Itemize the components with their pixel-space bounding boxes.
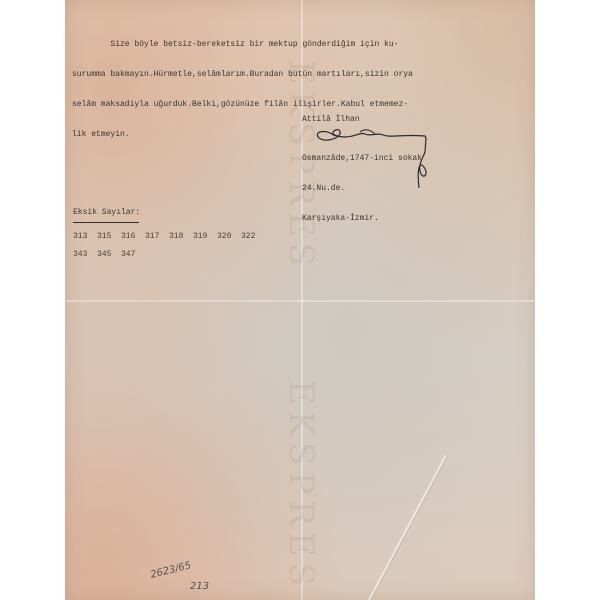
label-underline <box>73 222 139 223</box>
letter-line: surumma bakmayın.Hürmetle,selâmlarım.Bur… <box>72 70 413 80</box>
address-line: 24.Nu.de. <box>302 184 422 194</box>
paper-crease <box>365 455 447 600</box>
sender-address: Osmanzâde,1747-inci sokak 24.Nu.de. Karş… <box>302 134 422 234</box>
letter-line: selâm maksadiyla uğurduk.Belki,gözünüze … <box>72 100 413 110</box>
issue-number: 317 <box>145 232 169 241</box>
address-line: Karşıyaka-İzmir. <box>302 214 422 224</box>
issue-number: 343 <box>73 250 97 259</box>
address-line: Osmanzâde,1747-inci sokak <box>302 154 422 164</box>
issue-number: 318 <box>169 232 193 241</box>
issue-number: 322 <box>241 232 265 241</box>
fold-line-horizontal <box>65 300 535 302</box>
issue-number: 313 <box>73 232 97 241</box>
missing-issues-row-2: 343 345 347 <box>73 250 145 259</box>
issue-number: 320 <box>217 232 241 241</box>
issue-number: 347 <box>121 250 145 259</box>
issue-number: 316 <box>121 232 145 241</box>
watermark-lower: EKSPRES <box>290 380 320 592</box>
issue-number: 345 <box>97 250 121 259</box>
letter-line: Size böyle betsiz-bereketsiz bir mektup … <box>72 40 413 50</box>
missing-issues-label: Eksik Sayılar: <box>73 208 140 218</box>
issue-number: 319 <box>193 232 217 241</box>
pencil-page-number: 213 <box>190 581 209 592</box>
issue-number: 315 <box>97 232 121 241</box>
missing-issues-row-1: 313 315 316 317 318 319 320 322 <box>73 232 265 241</box>
